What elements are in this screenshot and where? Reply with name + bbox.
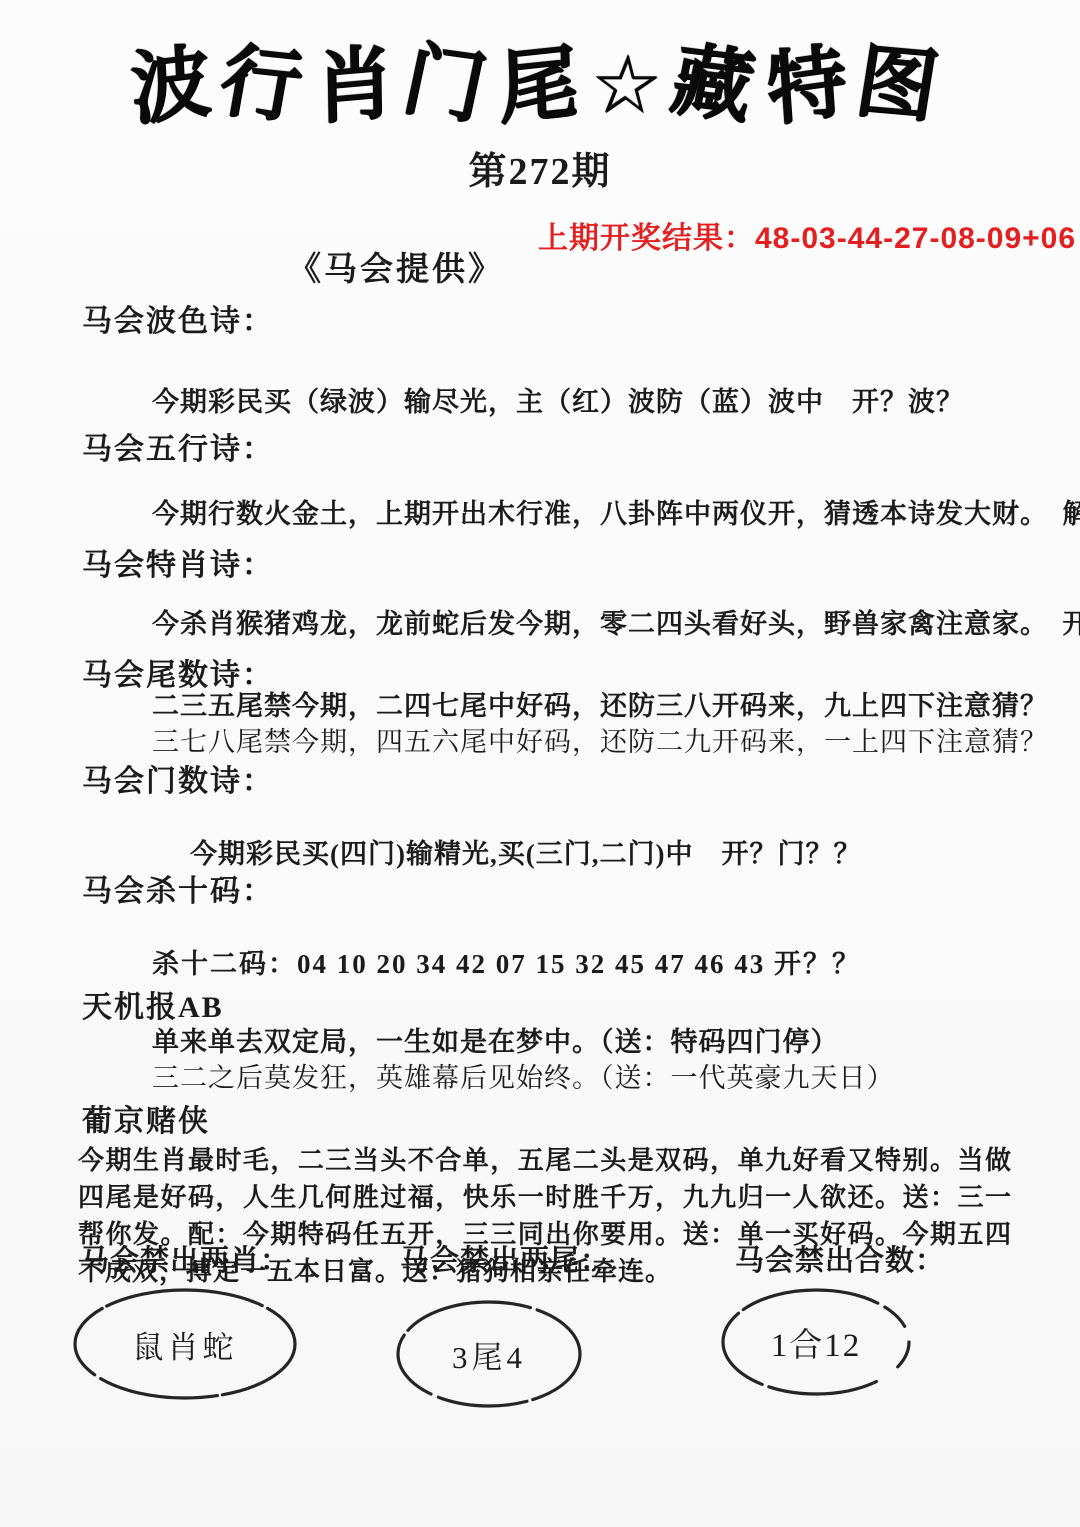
wave-color-poem-line: 今期彩民买（绿波）输尽光，主（红）波防（蓝）波中 开？波？ — [152, 380, 964, 419]
page-title: 波行肖门尾☆藏特图 — [0, 20, 1080, 135]
forbidden-zodiac-label: 马会禁出两肖： — [80, 1238, 290, 1279]
forbidden-sum-circle: 1合12 — [718, 1286, 914, 1398]
heading-special-zodiac-poem: 马会特肖诗： — [82, 540, 274, 584]
forbidden-tails-value: 3尾4 — [394, 1298, 584, 1410]
tail-number-poem-line-2: 三七八尾禁今期，四五六尾中好码，还防二九开码来，一上四下注意猜？ — [152, 720, 1048, 759]
forbidden-zodiac-circle: 鼠肖蛇 — [70, 1286, 300, 1402]
forbidden-sum-label: 马会禁出合数： — [735, 1238, 945, 1279]
forbidden-sum-value: 1合12 — [718, 1286, 914, 1398]
tianji-line-1: 单来单去双定局，一生如是在梦中。（送：特码四门停） — [152, 1020, 839, 1059]
five-elements-poem-line: 今期行数火金土，上期开出木行准，八卦阵中两仪开，猜透本诗发大财。 解（？？） — [152, 492, 1080, 531]
last-draw-numbers: 48-03-44-27-08-09+06 — [755, 222, 1076, 255]
tianji-line-2: 三二之后莫发狂，英雄幕后见始终。（送：一代英豪九天日） — [152, 1056, 895, 1095]
gate-number-poem-line: 今期彩民买(四门)输精光,买(三门,二门)中 开？门？？ — [190, 832, 861, 871]
forbidden-tails-circle: 3尾4 — [394, 1298, 584, 1410]
tail-number-poem-line-1: 二三五尾禁今期，二四七尾中好码，还防三八开码来，九上四下注意猜？ — [152, 684, 1048, 723]
heading-pujing-gambler: 葡京赌侠 — [82, 1096, 210, 1140]
provider-title: 《马会提供》 — [288, 243, 504, 290]
heading-wave-color-poem: 马会波色诗： — [82, 296, 274, 340]
issue-number: 第272期 — [0, 140, 1080, 195]
document-page: 波行肖门尾☆藏特图 第272期 上期开奖结果：48-03-44-27-08-09… — [0, 0, 1080, 1527]
heading-killed-codes: 马会杀十码： — [82, 866, 274, 910]
last-draw-label: 上期开奖结果： — [538, 222, 755, 255]
last-draw-result: 上期开奖结果：48-03-44-27-08-09+06 — [538, 213, 1076, 257]
special-zodiac-poem-line: 今杀肖猴猪鸡龙，龙前蛇后发今期，零二四头看好头，野兽家禽注意家。 开？ — [152, 602, 1080, 641]
killed-codes-line: 杀十二码：04 10 20 34 42 07 15 32 45 47 46 43… — [152, 942, 861, 981]
forbidden-tails-label: 马会禁出两尾： — [400, 1238, 610, 1279]
heading-five-elements-poem: 马会五行诗： — [82, 424, 274, 468]
heading-gate-number-poem: 马会门数诗： — [82, 756, 274, 800]
forbidden-zodiac-value: 鼠肖蛇 — [70, 1286, 300, 1402]
